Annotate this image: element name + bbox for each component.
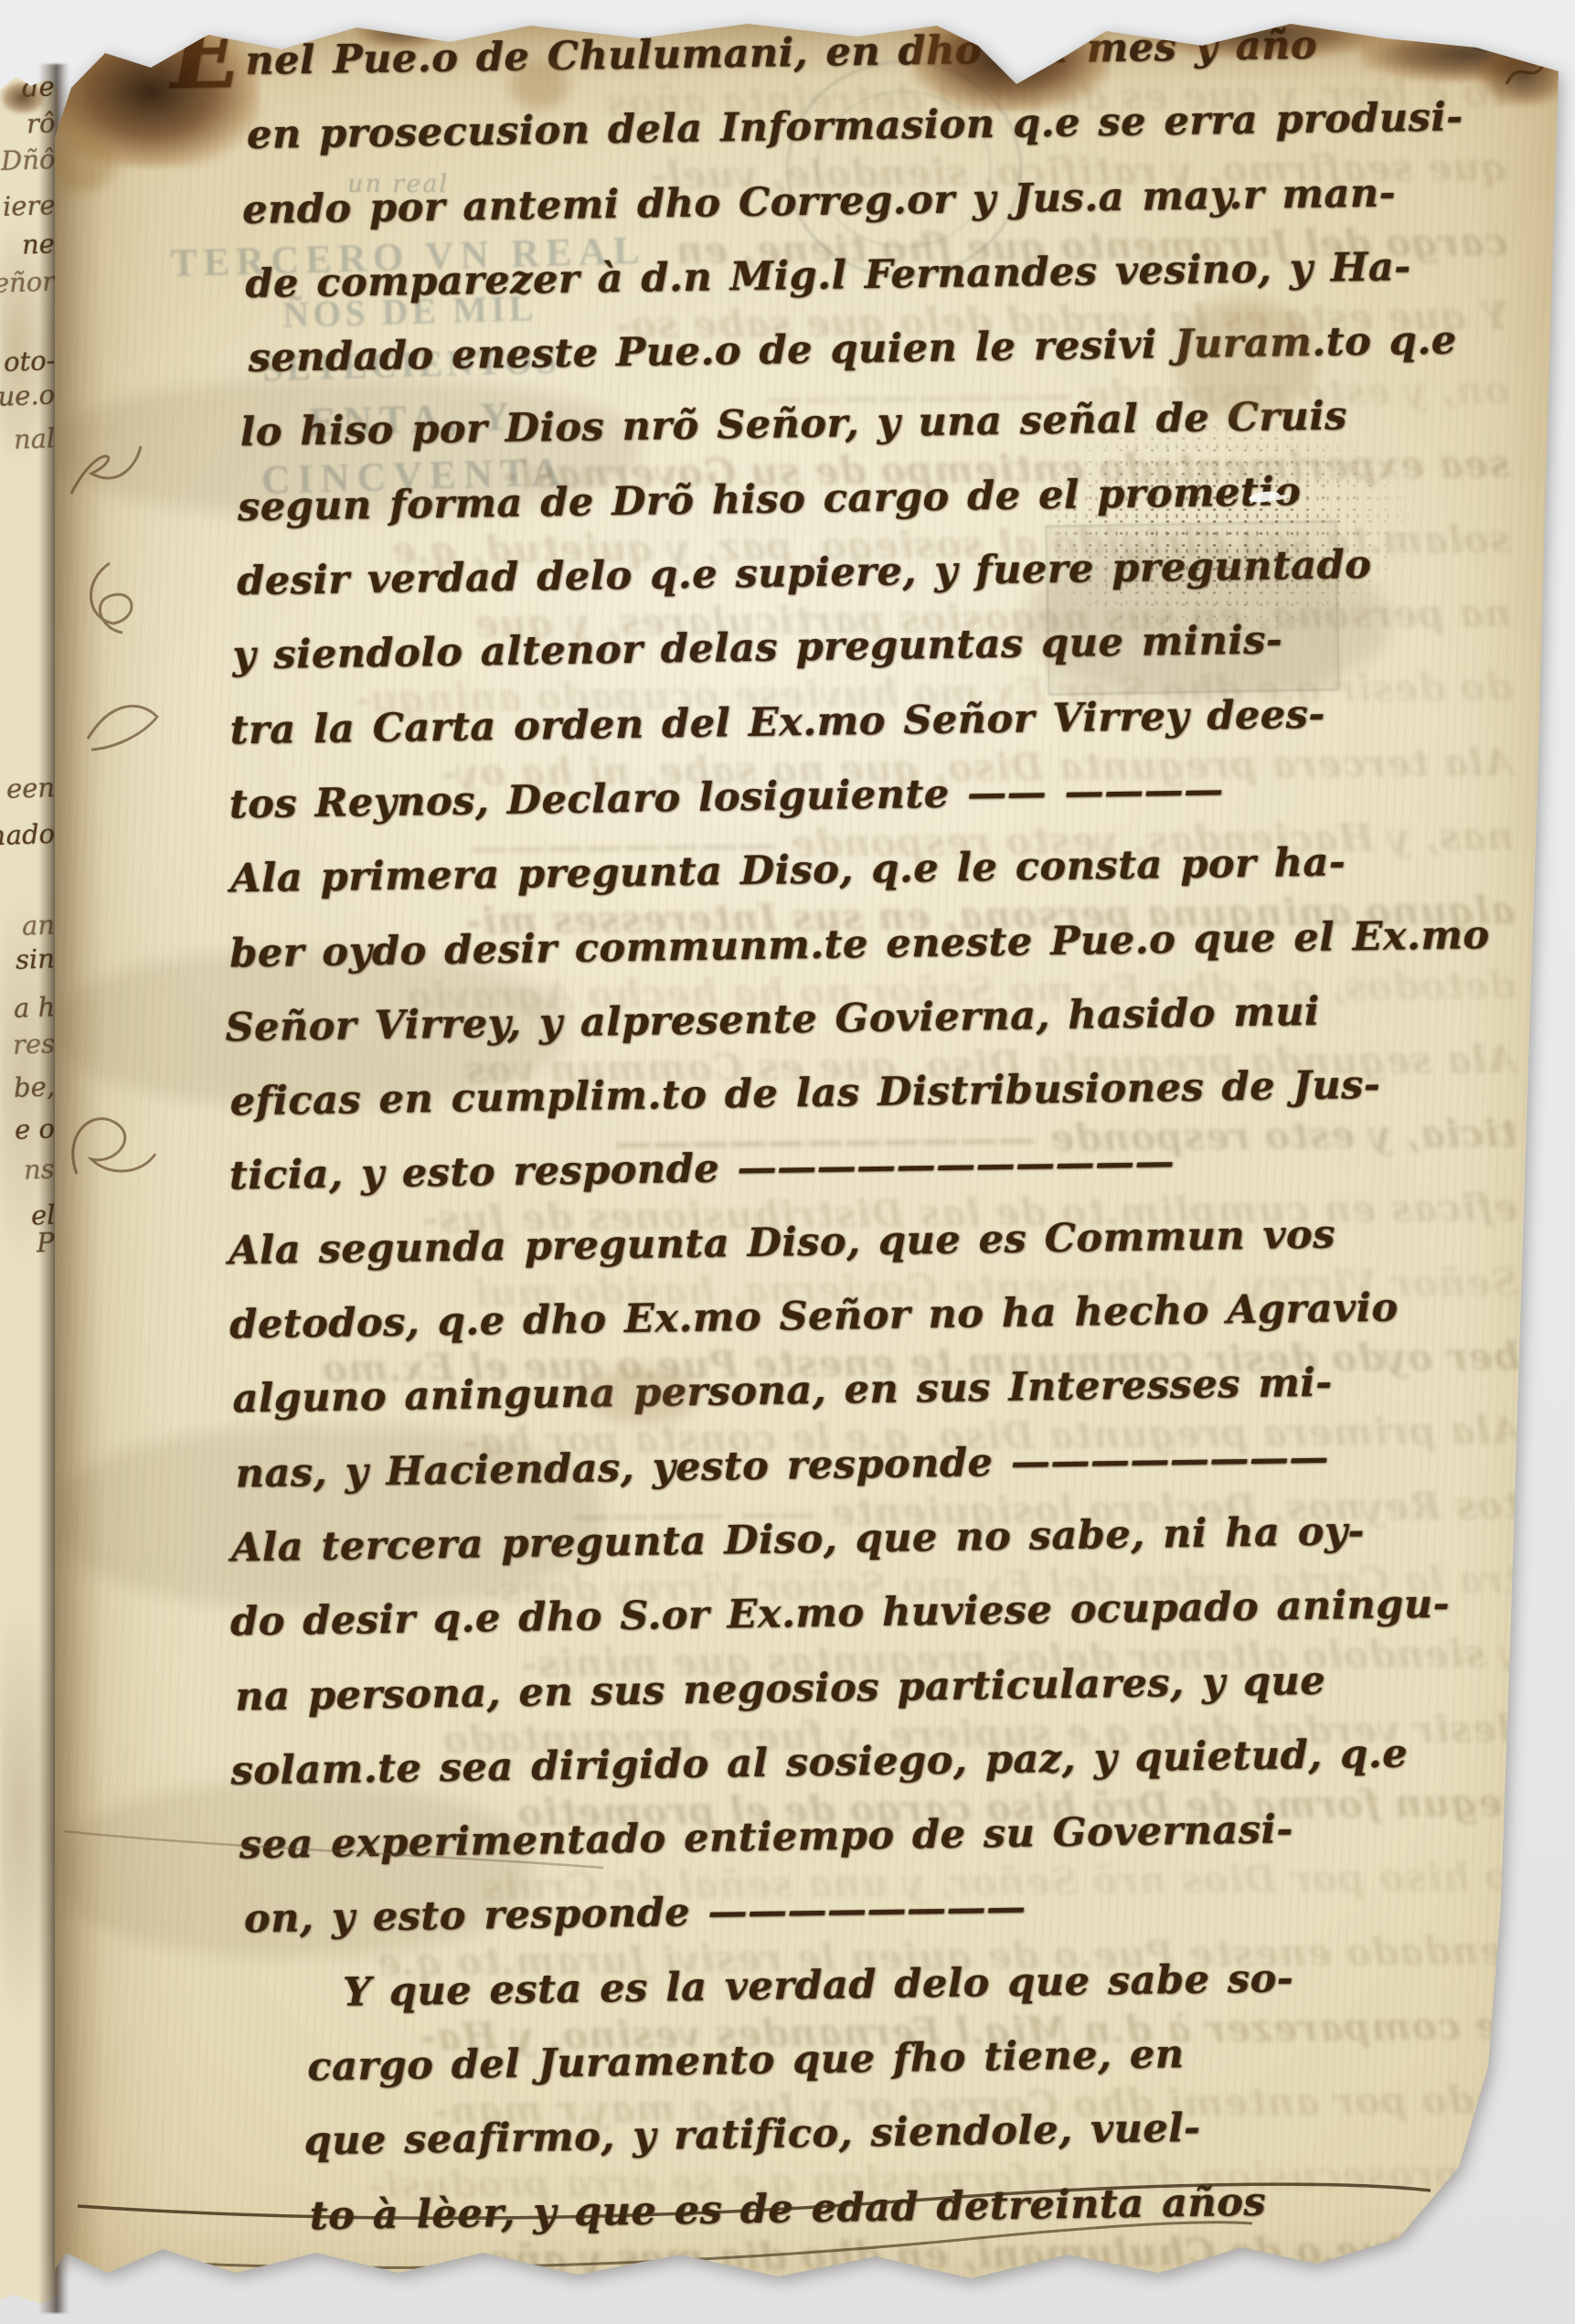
closing-rules [55,2156,1481,2302]
stain [585,1367,699,1423]
manuscript-lines: Enel Pue.o de Chulumani, en dho dia mes … [53,5,1575,2257]
manuscript-page: TERCERO VN REAL ÑOS DE MIL SETECIENTOS E… [55,0,1575,2324]
paper-sheet: TERCERO VN REAL ÑOS DE MIL SETECIENTOS E… [55,0,1575,2324]
margin-flourish [71,554,146,638]
margin-flourish [82,684,166,759]
ink-spatter [1051,421,1435,658]
scan-backdrop: { "document": { "kind": "handwritten man… [0,0,1575,2324]
pencil-line [55,1815,622,1879]
margin-flourish [59,1099,161,1192]
burn-mark [1143,11,1385,59]
closing-rule [192,2223,1252,2268]
stain [49,135,115,192]
burn-mark [357,15,443,49]
burn-mark [912,5,1109,111]
stain [510,60,569,110]
margin-flourish [62,428,146,512]
closing-rule [78,2184,1431,2218]
burn-mark [1479,48,1569,106]
stain [1175,297,1316,421]
